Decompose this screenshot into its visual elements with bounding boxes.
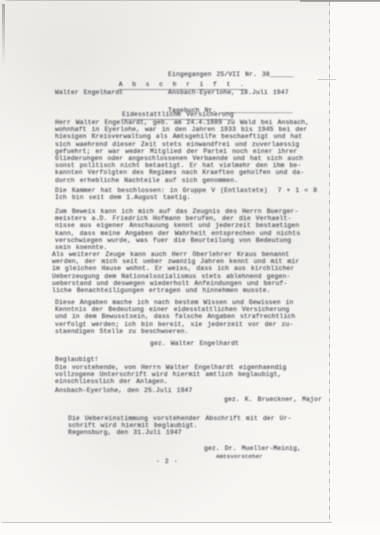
page-top-right-edge: [300, 0, 380, 2]
page-bottom-edge: [2, 522, 332, 523]
place-date: Ansbach-Eyerlohe, 18.Juli 1947: [168, 89, 289, 96]
text-line: verfolgt werden; ich bin bereit, sie jed…: [55, 321, 325, 328]
sender-name: Walter Engelhardt: [55, 89, 123, 96]
paragraph-decision: Die Kammer hat beschlossen: in Gruppe V …: [55, 187, 325, 201]
attestation-block: Die Uebereinstimmung vorstehender Abschr…: [68, 415, 292, 437]
text-line: hiesigen Kreisverwaltung als Amtsgehilfe…: [55, 133, 325, 140]
scanned-document-page: Eingegangen 25/VII Nr. 38______ Tagebuch…: [0, 0, 380, 535]
text-line: kannten Verfolgten des Regimes nach Krae…: [55, 169, 325, 176]
text-line: gefuehrt; er war weder Mitglied der Part…: [55, 148, 325, 155]
paragraph-main: Herr Walter Engelhardt, geb. am 24.4.188…: [55, 119, 325, 184]
text-line: kann, dass meine Angaben der Wahrheit en…: [55, 230, 325, 237]
signature-officer: gez. K. Brueckner, Major: [224, 396, 322, 403]
page-marker: - 2 -: [156, 458, 178, 465]
scan-right-margin: [330, 0, 380, 523]
certification-label: Beglaubigt!: [55, 356, 99, 363]
text-line: durch erhebliche Nachteile auf sich geno…: [55, 177, 325, 184]
text-line: einschliesslich der Anlagen.: [55, 378, 286, 385]
text-line: sich waehrend dieser Zeit stets einwandf…: [55, 141, 325, 148]
text-line: Ueberzeugung dem Nationalsozialismus ste…: [52, 273, 322, 280]
scan-smudge: [2, 4, 5, 66]
signature-official: gez. Dr. Mueller-Meinig,: [204, 445, 301, 452]
paragraph-witness-2: Als weiterer Zeuge kann auch Herr Oberle…: [52, 251, 322, 294]
certification-block: Die vorstehende, von Herrn Walter Engelh…: [55, 364, 286, 386]
text-line: im gleichen Hause wohnt. Er weiss, dass …: [52, 265, 322, 272]
text-line: Ich bin seit dem 1.August taetig.: [55, 194, 325, 201]
signature-official-role: Amtsvorsteher: [216, 453, 263, 460]
text-line: verschwiegen wurde, was fuer die Beurtei…: [55, 237, 325, 244]
paragraph-witness-1: Zum Beweis kann ich mich auf das Zeugnis…: [55, 208, 325, 251]
scan-bottom-margin: [0, 523, 380, 535]
text-line: staendigen Stelle zu beschwoeren.: [55, 328, 325, 335]
text-line: nisse aus eigener Anschauung kennt und j…: [55, 222, 325, 229]
text-line: liche Benachteiligungen ertragen und hin…: [52, 287, 322, 294]
text-line: und in dem Bewusstsein, dass falsche Ang…: [55, 313, 325, 320]
paragraph-oath: Diese Angaben mache ich nach bestem Wiss…: [55, 299, 325, 335]
certification-place-date: Ansbach-Eyerlohe, den 25.Juli 1947: [55, 387, 192, 394]
text-line: ueberstand und deswegen wiederholt Anfei…: [52, 280, 322, 287]
signature-declarant: gez. Walter Engelhardt: [150, 340, 239, 347]
text-line: Regensburg, den 31.Juli 1947: [68, 429, 292, 436]
